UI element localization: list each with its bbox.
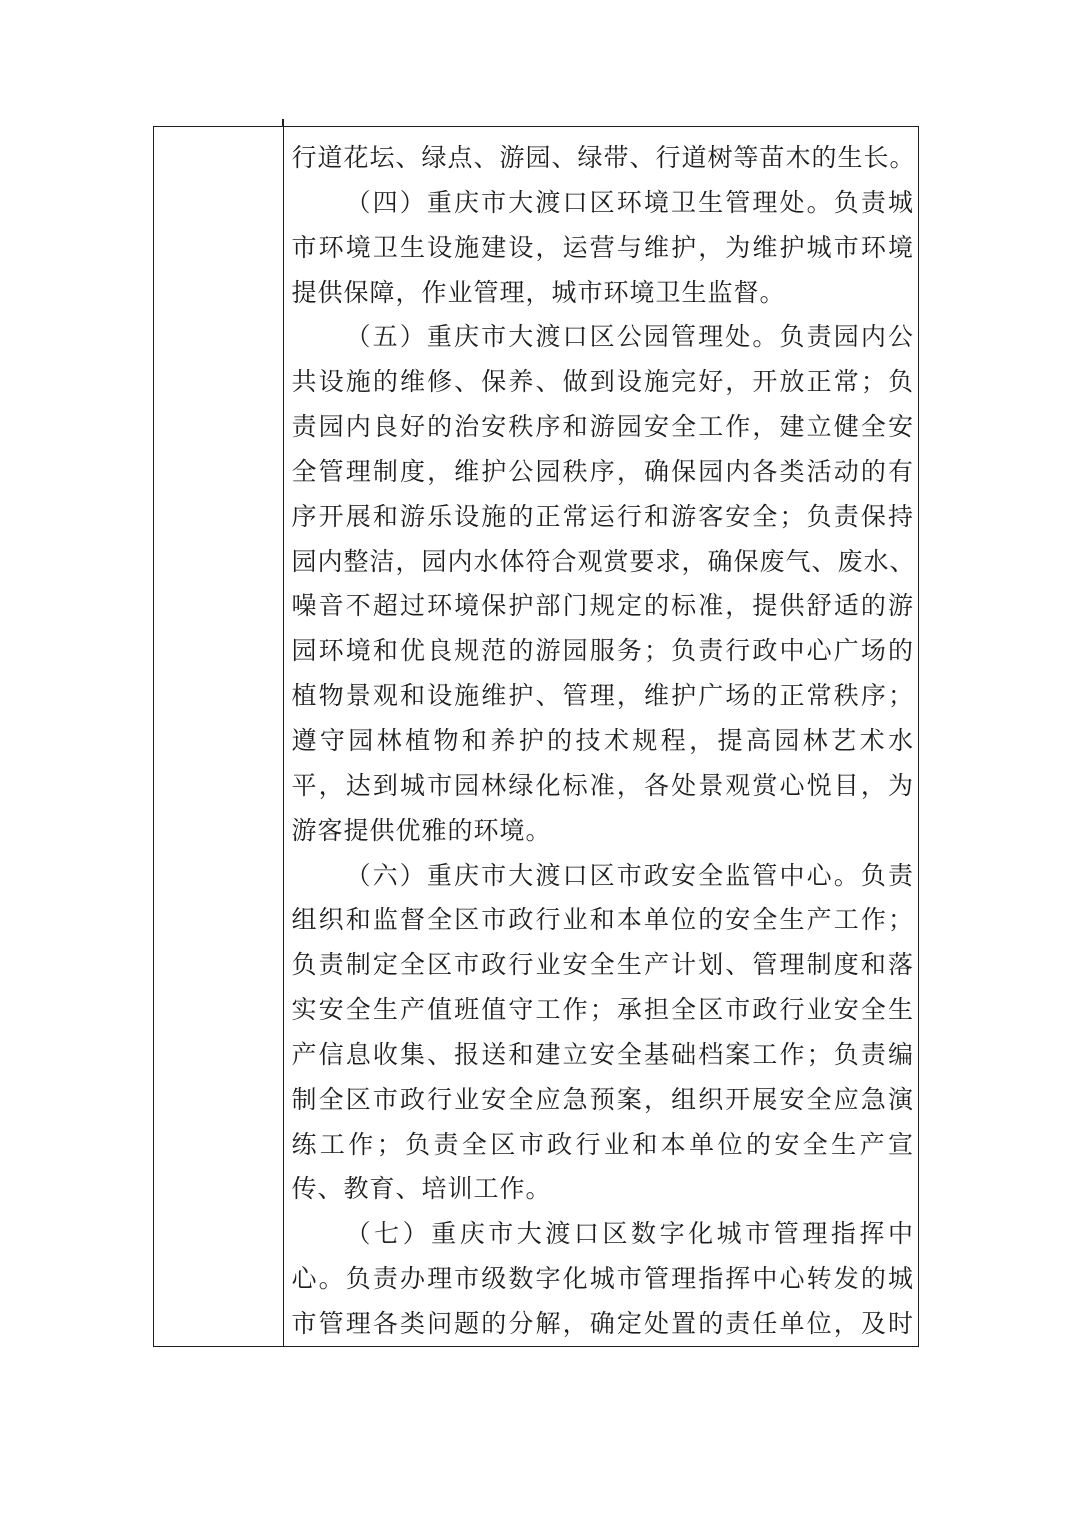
text-line: 练工作；负责全区市政行业和本单位的安全生产宣 [292, 1124, 915, 1169]
text-line: 组织和监督全区市政行业和本单位的安全生产工作； [292, 899, 915, 944]
text-line: 共设施的维修、保养、做到设施完好，开放正常；负 [292, 361, 915, 406]
text-line: 园环境和优良规范的游园服务；负责行政中心广场的 [292, 630, 915, 675]
text-line: 实安全生产值班值守工作；承担全区市政行业安全生 [292, 989, 915, 1034]
text-line: 负责制定全区市政行业安全生产计划、管理制度和落 [292, 944, 915, 989]
document-table: 行道花坛、绿点、游园、绿带、行道树等苗木的生长。（四）重庆市大渡口区环境卫生管理… [153, 126, 919, 1347]
text-line: （五）重庆市大渡口区公园管理处。负责园内公 [292, 316, 915, 361]
text-line: 行道花坛、绿点、游园、绿带、行道树等苗木的生长。 [292, 137, 915, 182]
text-line: 责园内良好的治安秩序和游园安全工作，建立健全安 [292, 406, 915, 451]
text-line: （七）重庆市大渡口区数字化城市管理指挥中 [292, 1213, 915, 1258]
text-line: 遵守园林植物和养护的技术规程，提高园林艺术水 [292, 720, 915, 765]
text-line: 游客提供优雅的环境。 [292, 810, 915, 855]
document-page: 行道花坛、绿点、游园、绿带、行道树等苗木的生长。（四）重庆市大渡口区环境卫生管理… [0, 0, 1074, 1520]
text-line: 植物景观和设施维护、管理，维护广场的正常秩序； [292, 675, 915, 720]
table-empty-left-cell [154, 127, 284, 1346]
text-line: 市环境卫生设施建设，运营与维护，为维护城市环境 [292, 227, 915, 272]
text-line: 市管理各类问题的分解，确定处置的责任单位，及时 [292, 1303, 915, 1346]
text-line: （六）重庆市大渡口区市政安全监管中心。负责 [292, 855, 915, 900]
text-line: 园内整洁，园内水体符合观赏要求，确保废气、废水、 [292, 541, 915, 586]
text-line: 产信息收集、报送和建立安全基础档案工作；负责编 [292, 1034, 915, 1079]
text-line: 传、教育、培训工作。 [292, 1168, 915, 1213]
text-line: 噪音不超过环境保护部门规定的标准，提供舒适的游 [292, 585, 915, 630]
text-line: 平，达到城市园林绿化标准，各处景观赏心悦目，为 [292, 765, 915, 810]
text-line: 心。负责办理市级数字化城市管理指挥中心转发的城 [292, 1258, 915, 1303]
text-line: 序开展和游乐设施的正常运行和游客安全；负责保持 [292, 496, 915, 541]
text-line: （四）重庆市大渡口区环境卫生管理处。负责城 [292, 182, 915, 227]
text-line: 全管理制度，维护公园秩序，确保园内各类活动的有 [292, 451, 915, 496]
table-text-cell: 行道花坛、绿点、游园、绿带、行道树等苗木的生长。（四）重庆市大渡口区环境卫生管理… [284, 127, 919, 1346]
column-divider-tick [282, 119, 284, 126]
text-line: 制全区市政行业安全应急预案，组织开展安全应急演 [292, 1079, 915, 1124]
text-line: 提供保障，作业管理，城市环境卫生监督。 [292, 272, 915, 317]
